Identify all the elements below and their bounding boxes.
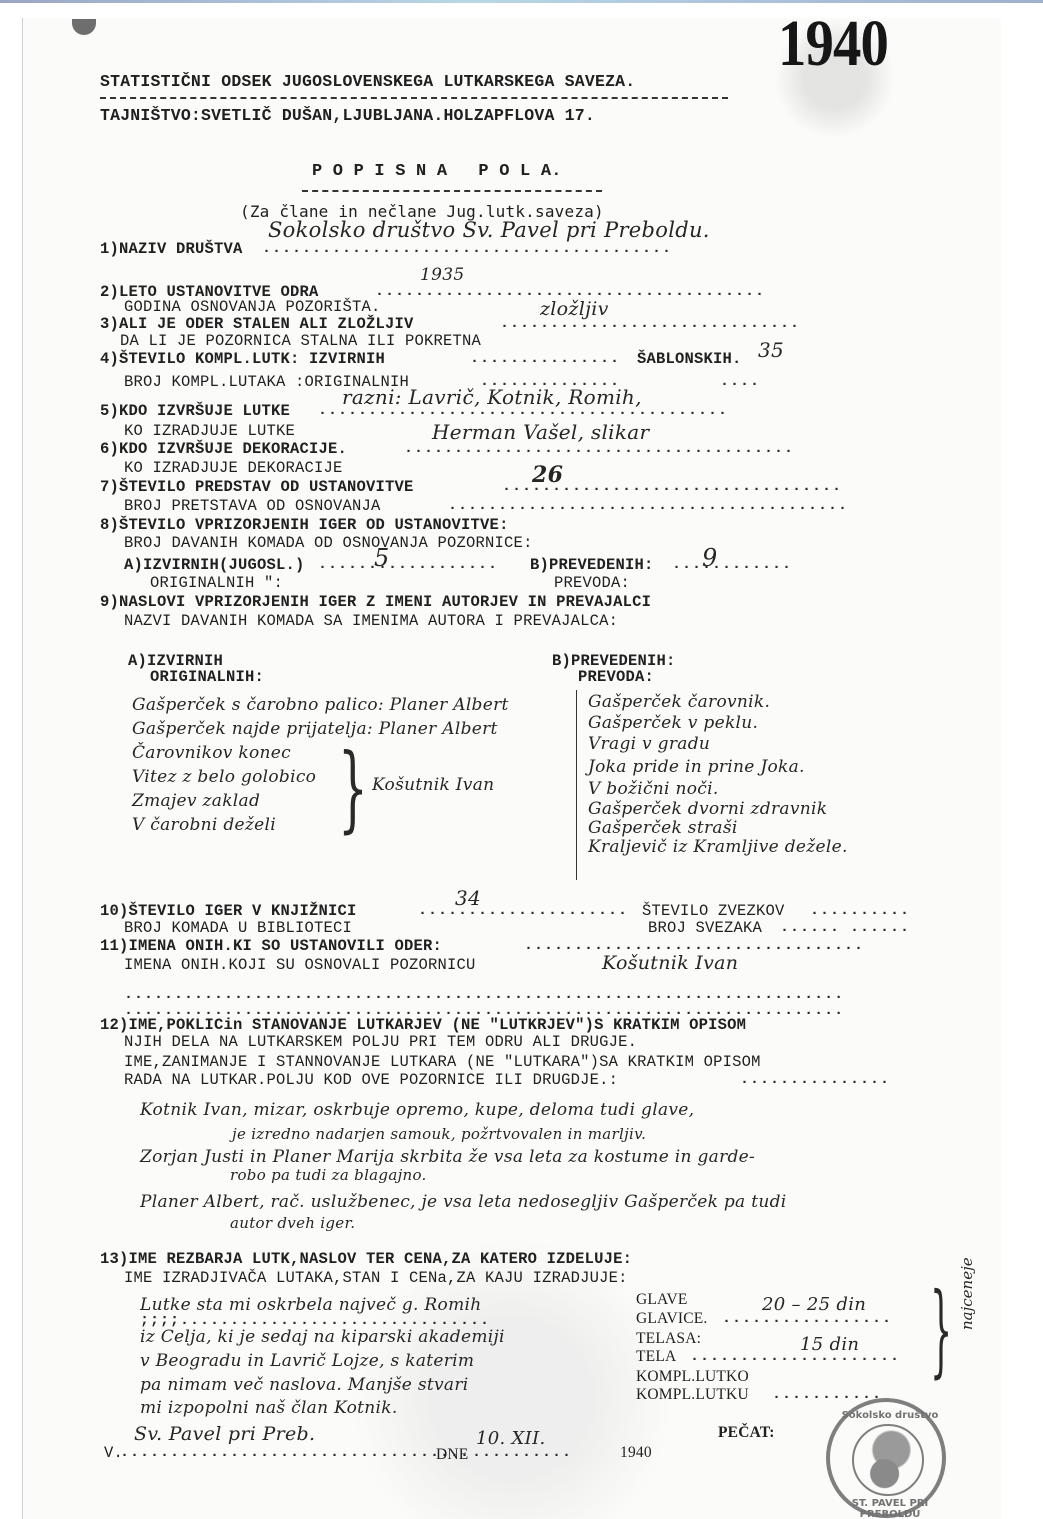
- q12-line-1: 12)IME,POKLICin STANOVANJE LUTKARJEV (NE…: [100, 1016, 746, 1034]
- q3-label-sr: DA LI JE POZORNICA STALNA ILI POKRETNA: [120, 332, 481, 350]
- list-item: Gašperček v peklu.: [588, 713, 758, 733]
- q4-label-right: ŠABLONSKIH.: [637, 350, 742, 368]
- list-item: Zorjan Justi in Planer Marija skrbita že…: [140, 1147, 755, 1167]
- q7-answer[interactable]: 26: [532, 462, 563, 488]
- date-answer[interactable]: 10. XII.: [476, 1428, 546, 1449]
- price-dots-2: .....................: [690, 1348, 900, 1365]
- q8b-answer[interactable]: 9: [702, 544, 718, 572]
- q11-label: 11)IMENA ONIH.KI SO USTANOVILI ODER:: [100, 937, 442, 955]
- list-item: V božični noči.: [588, 779, 719, 799]
- q8-label: 8)ŠTEVILO VPRIZORJENIH IGER OD USTANOVIT…: [100, 516, 509, 534]
- q8-label-sr: BROJ DAVANIH KOMADA OD OSNOVANJA POZORNI…: [124, 534, 533, 552]
- price-label-puppet: KOMPL.LUTKO: [636, 1368, 749, 1386]
- q6-label: 6)KDO IZVRŠUJE DEKORACIJE.: [100, 440, 347, 458]
- list-item: autor dveh iger.: [230, 1214, 355, 1232]
- official-seal: Sokolsko društvo ST. PAVEL PRI PREBOLDU: [826, 1398, 946, 1518]
- brace-icon: }: [930, 1280, 952, 1380]
- list-item: mi izpopolni naš član Kotnik.: [140, 1398, 398, 1418]
- brace-icon: }: [338, 742, 368, 836]
- seal-label: PEČAT:: [718, 1424, 775, 1442]
- q6-label-sr: KO IZRADJUJE DEKORACIJE: [124, 459, 343, 477]
- q12-line-2: NJIH DELA NA LUTKARSKEM POLJU PRI TEM OD…: [124, 1033, 637, 1051]
- list-item: Kotnik Ivan, mizar, oskrbuje opremo, kup…: [140, 1100, 694, 1120]
- date-year: 1940: [620, 1444, 652, 1462]
- q1-answer[interactable]: Sokolsko društvo Sv. Pavel pri Preboldu.: [268, 218, 710, 242]
- title-rule: [302, 190, 602, 192]
- q13-line-2: IME IZRADJIVAČA LUTAKA,STAN I CENa,ZA KA…: [124, 1269, 628, 1287]
- scan-edge: [0, 0, 1043, 3]
- q2-answer[interactable]: 1935: [420, 265, 464, 285]
- place-answer[interactable]: Sv. Pavel pri Preb.: [134, 1423, 315, 1445]
- q10-label-sr: BROJ KOMADA U BIBLIOTECI: [124, 919, 352, 937]
- list-item: iz Celja, ki je sedaj na kiparski akadem…: [140, 1327, 505, 1347]
- list-item: Gašperček dvorni zdravnik: [588, 799, 827, 819]
- q12-dots: ...............: [740, 1071, 890, 1088]
- list-item: Gašperček s čarobno palico: Planer Alber…: [132, 695, 509, 715]
- list-item: Gašperček straši: [588, 818, 738, 838]
- q12-line-3: IME,ZANIMANJE I STANNOVANJE LUTKARA (NE …: [124, 1053, 761, 1071]
- q8a-label: A)IZVIRNIH(JUGOSL.): [124, 556, 305, 574]
- list-item: Kraljevič iz Kramljive dežele.: [588, 837, 848, 857]
- form-title: P O P I S N A P O L A.: [312, 162, 562, 181]
- q11-blank-line-1: ........................................…: [124, 986, 844, 1003]
- column-divider: [576, 690, 577, 880]
- original-heading-sr: ORIGINALNIH:: [150, 668, 264, 686]
- original-author: Košutnik Ivan: [372, 775, 494, 795]
- q8a-label-sr: ORIGINALNIH ":: [150, 574, 283, 592]
- q10-right-label: ŠTEVILO ZVEZKOV: [642, 902, 785, 920]
- seal-bottom-text: ST. PAVEL PRI PREBOLDU: [838, 1498, 942, 1519]
- q1-label: 1)NAZIV DRUŠTVA: [100, 240, 243, 258]
- q10-label: 10)ŠTEVILO IGER V KNJIŽNICI: [100, 902, 357, 920]
- price-label-heads-sr: GLAVICE.: [636, 1310, 708, 1328]
- q9-label-sr: NAZVI DAVANIH KOMADA SA IMENIMA AUTORA I…: [124, 612, 618, 630]
- q13-line-1: 13)IME REZBARJA LUTK,NASLOV TER CENA,ZA …: [100, 1250, 632, 1268]
- q5-label-sr: KO IZRADJUJE LUTKE: [124, 422, 295, 440]
- q10-answer[interactable]: 34: [455, 886, 481, 910]
- year-stamp: 1940: [778, 6, 888, 82]
- q7-dots-sr: ........................................: [448, 497, 848, 514]
- header-line-2: TAJNIŠTVO:SVETLIČ DUŠAN,LJUBLJANA.HOLZAP…: [100, 106, 595, 125]
- q4-label: 4)ŠTEVILO KOMPL.LUTK: IZVIRNIH: [100, 350, 385, 368]
- price-bodies-answer[interactable]: 15 din: [800, 1334, 859, 1355]
- list-item: Vragi v gradu: [588, 734, 710, 754]
- falcon-emblem-icon: [852, 1424, 924, 1496]
- q5-label: 5)KDO IZVRŠUJE LUTKE: [100, 402, 290, 420]
- price-label-heads: GLAVE: [636, 1291, 688, 1309]
- list-item: Joka pride in prine Joka.: [588, 757, 805, 777]
- list-item: Čarovnikov konec: [132, 743, 291, 763]
- q8b-label: B)PREVEDENIH:: [530, 556, 654, 574]
- q3-label: 3)ALI JE ODER STALEN ALI ZLOŽLJIV: [100, 315, 414, 333]
- q8b-label-sr: PREVODA:: [554, 574, 630, 592]
- place-dots: ...................................: [120, 1444, 470, 1461]
- list-item: Vitez z belo golobico: [132, 767, 316, 787]
- q1-dots: ........................................…: [262, 240, 672, 257]
- q10-right-dots-sr: ...... ......: [780, 919, 910, 936]
- header-line-1: STATISTIČNI ODSEK JUGOSLOVENSKEGA LUTKAR…: [100, 72, 635, 91]
- q6-answer[interactable]: Herman Vašel, slikar: [432, 420, 649, 444]
- list-item: Planer Albert, rač. uslužbenec, je vsa l…: [140, 1192, 787, 1212]
- q5-answer[interactable]: razni: Lavrič, Kotnik, Romih,: [342, 385, 642, 409]
- q10-right-dots: ..........: [810, 902, 910, 919]
- q7-label-sr: BROJ PRETSTAVA OD OSNOVANJA: [124, 497, 381, 515]
- translated-heading-sr: PREVODA:: [578, 668, 654, 686]
- q11-label-sr: IMENA ONIH.KOJI SU OSNOVALI POZORNICU: [124, 956, 476, 974]
- price-label-bodies-sr: TELASA:: [636, 1330, 701, 1348]
- list-item: Gašperček čarovnik.: [588, 692, 770, 712]
- q10-dots: .....................: [418, 902, 628, 919]
- header-rule: [100, 97, 728, 99]
- list-item: Zmajev zaklad: [132, 791, 260, 811]
- price-label-puppet-sr: KOMPL.LUTKU: [636, 1386, 749, 1404]
- list-item: pa nimam več naslova. Manjše stvari: [140, 1375, 469, 1395]
- q4-dots: ...............: [470, 350, 620, 367]
- q3-answer[interactable]: zložljiv: [540, 298, 609, 320]
- q9-label: 9)NASLOVI VPRIZORJENIH IGER Z IMENI AUTO…: [100, 593, 651, 611]
- seal-top-text: Sokolsko društvo: [838, 1410, 942, 1421]
- list-item: v Beogradu in Lavrič Lojze, s katerim: [140, 1351, 474, 1371]
- q12-line-4: RADA NA LUTKAR.POLJU KOD OVE POZORNICE I…: [124, 1071, 618, 1089]
- q11-answer[interactable]: Košutnik Ivan: [602, 952, 738, 974]
- q4-answer[interactable]: 35: [758, 338, 784, 362]
- q2-label-sr: GODINA OSNOVANJA POZORIŠTA.: [124, 298, 381, 316]
- date-label: DNE: [436, 1446, 468, 1464]
- side-note: najceneje: [958, 1257, 976, 1330]
- list-item: V čarobni deželi: [132, 815, 276, 835]
- q8b-dots: ............: [672, 556, 792, 573]
- price-label-bodies: TELA: [636, 1348, 676, 1366]
- list-item: robo pa tudi za blagajno.: [230, 1166, 427, 1184]
- list-item: je izredno nadarjen samouk, požrtvovalen…: [232, 1125, 646, 1143]
- q8a-answer[interactable]: 5: [374, 544, 390, 572]
- price-heads-answer[interactable]: 20 – 25 din: [762, 1294, 866, 1315]
- q8a-dots: ..................: [318, 556, 498, 573]
- list-item: Gašperček najde prijatelja: Planer Alber…: [132, 719, 498, 739]
- q7-label: 7)ŠTEVILO PREDSTAV OD USTANOVITVE: [100, 478, 414, 496]
- q10-right-label-sr: BROJ SVEZAKA: [648, 919, 762, 937]
